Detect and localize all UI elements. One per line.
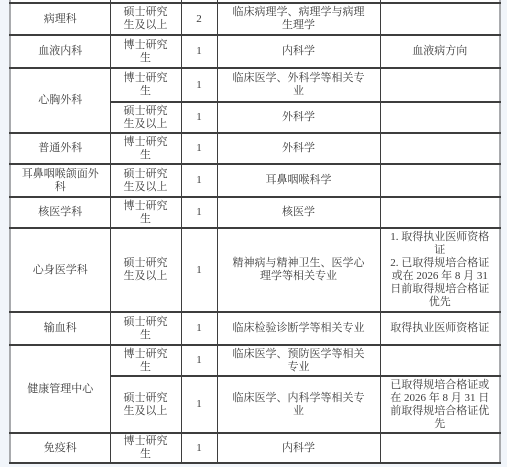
degree-cell: 硕士研究生及以上 — [110, 228, 181, 312]
degree-cell: 硕士研究生及以上 — [110, 102, 181, 133]
count-cell: 1 — [181, 102, 217, 133]
dept-cell: 输血科 — [10, 312, 110, 345]
degree-cell: 博士研究生 — [110, 345, 181, 376]
remark-cell — [380, 164, 500, 197]
count-cell: 1 — [181, 35, 217, 68]
degree-cell: 硕士研究生 — [110, 312, 181, 345]
remark-cell — [380, 433, 500, 463]
degree-cell: 硕士研究生及以上 — [110, 164, 181, 197]
recruitment-table: 病理科 硕士研究生及以上 2 临床病理学、病理学与病理生理学 血液内科 博士研究… — [9, 0, 501, 464]
table-row: 免疫科 博士研究生 1 内科学 — [10, 433, 500, 463]
remark-cell — [380, 68, 500, 102]
count-cell: 1 — [181, 164, 217, 197]
degree-cell: 硕士研究生及以上 — [110, 376, 181, 433]
remark-cell: 血液病方向 — [380, 35, 500, 68]
count-cell: 1 — [181, 345, 217, 376]
dept-cell: 核医学科 — [10, 197, 110, 228]
dept-cell: 心身医学科 — [10, 228, 110, 312]
remark-cell — [380, 133, 500, 164]
degree-cell: 博士研究生 — [110, 35, 181, 68]
table-row: 普通外科 博士研究生 1 外科学 — [10, 133, 500, 164]
major-cell: 外科学 — [217, 133, 380, 164]
table-row: 耳鼻咽喉颌面外科 硕士研究生及以上 1 耳鼻咽喉科学 — [10, 164, 500, 197]
major-cell: 精神病与精神卫生、医学心理学等相关专业 — [217, 228, 380, 312]
table-row: 心胸外科 博士研究生 1 临床医学、外科学等相关专业 — [10, 68, 500, 102]
major-cell: 临床病理学、病理学与病理生理学 — [217, 3, 380, 35]
major-cell: 核医学 — [217, 197, 380, 228]
degree-cell: 硕士研究生及以上 — [110, 3, 181, 35]
dept-cell: 健康管理中心 — [10, 345, 110, 433]
dept-cell: 耳鼻咽喉颌面外科 — [10, 164, 110, 197]
degree-cell: 博士研究生 — [110, 197, 181, 228]
dept-cell: 免疫科 — [10, 433, 110, 463]
page: 病理科 硕士研究生及以上 2 临床病理学、病理学与病理生理学 血液内科 博士研究… — [0, 0, 507, 464]
major-cell: 临床医学、外科学等相关专业 — [217, 68, 380, 102]
count-cell: 1 — [181, 133, 217, 164]
remark-cell: 取得执业医师资格证 — [380, 312, 500, 345]
dept-cell: 心胸外科 — [10, 68, 110, 133]
count-cell: 1 — [181, 312, 217, 345]
dept-cell: 血液内科 — [10, 35, 110, 68]
table-row: 健康管理中心 博士研究生 1 临床医学、预防医学等相关专业 — [10, 345, 500, 376]
major-cell: 内科学 — [217, 35, 380, 68]
count-cell: 1 — [181, 68, 217, 102]
count-cell: 1 — [181, 228, 217, 312]
count-cell: 2 — [181, 3, 217, 35]
remark-cell: 已取得规培合格证或在 2026 年 8 月 31 日前取得规培合格证优先 — [380, 376, 500, 433]
remark-cell — [380, 3, 500, 35]
remark-cell — [380, 345, 500, 376]
degree-cell: 博士研究生 — [110, 68, 181, 102]
major-cell: 临床检验诊断学等相关专业 — [217, 312, 380, 345]
degree-cell: 博士研究生 — [110, 133, 181, 164]
table-row: 病理科 硕士研究生及以上 2 临床病理学、病理学与病理生理学 — [10, 3, 500, 35]
table-row: 核医学科 博士研究生 1 核医学 — [10, 197, 500, 228]
count-cell: 1 — [181, 197, 217, 228]
table-row: 输血科 硕士研究生 1 临床检验诊断学等相关专业 取得执业医师资格证 — [10, 312, 500, 345]
remark-cell — [380, 197, 500, 228]
count-cell: 1 — [181, 376, 217, 433]
remark-cell — [380, 102, 500, 133]
table-row: 心身医学科 硕士研究生及以上 1 精神病与精神卫生、医学心理学等相关专业 1. … — [10, 228, 500, 312]
dept-cell: 普通外科 — [10, 133, 110, 164]
degree-cell: 博士研究生 — [110, 433, 181, 463]
major-cell: 临床医学、预防医学等相关专业 — [217, 345, 380, 376]
dept-cell: 病理科 — [10, 3, 110, 35]
major-cell: 临床医学、内科学等相关专业 — [217, 376, 380, 433]
table-row: 血液内科 博士研究生 1 内科学 血液病方向 — [10, 35, 500, 68]
major-cell: 外科学 — [217, 102, 380, 133]
major-cell: 内科学 — [217, 433, 380, 463]
remark-cell: 1. 取得执业医师资格证 2. 已取得规培合格证或在 2026 年 8 月 31… — [380, 228, 500, 312]
major-cell: 耳鼻咽喉科学 — [217, 164, 380, 197]
count-cell: 1 — [181, 433, 217, 463]
